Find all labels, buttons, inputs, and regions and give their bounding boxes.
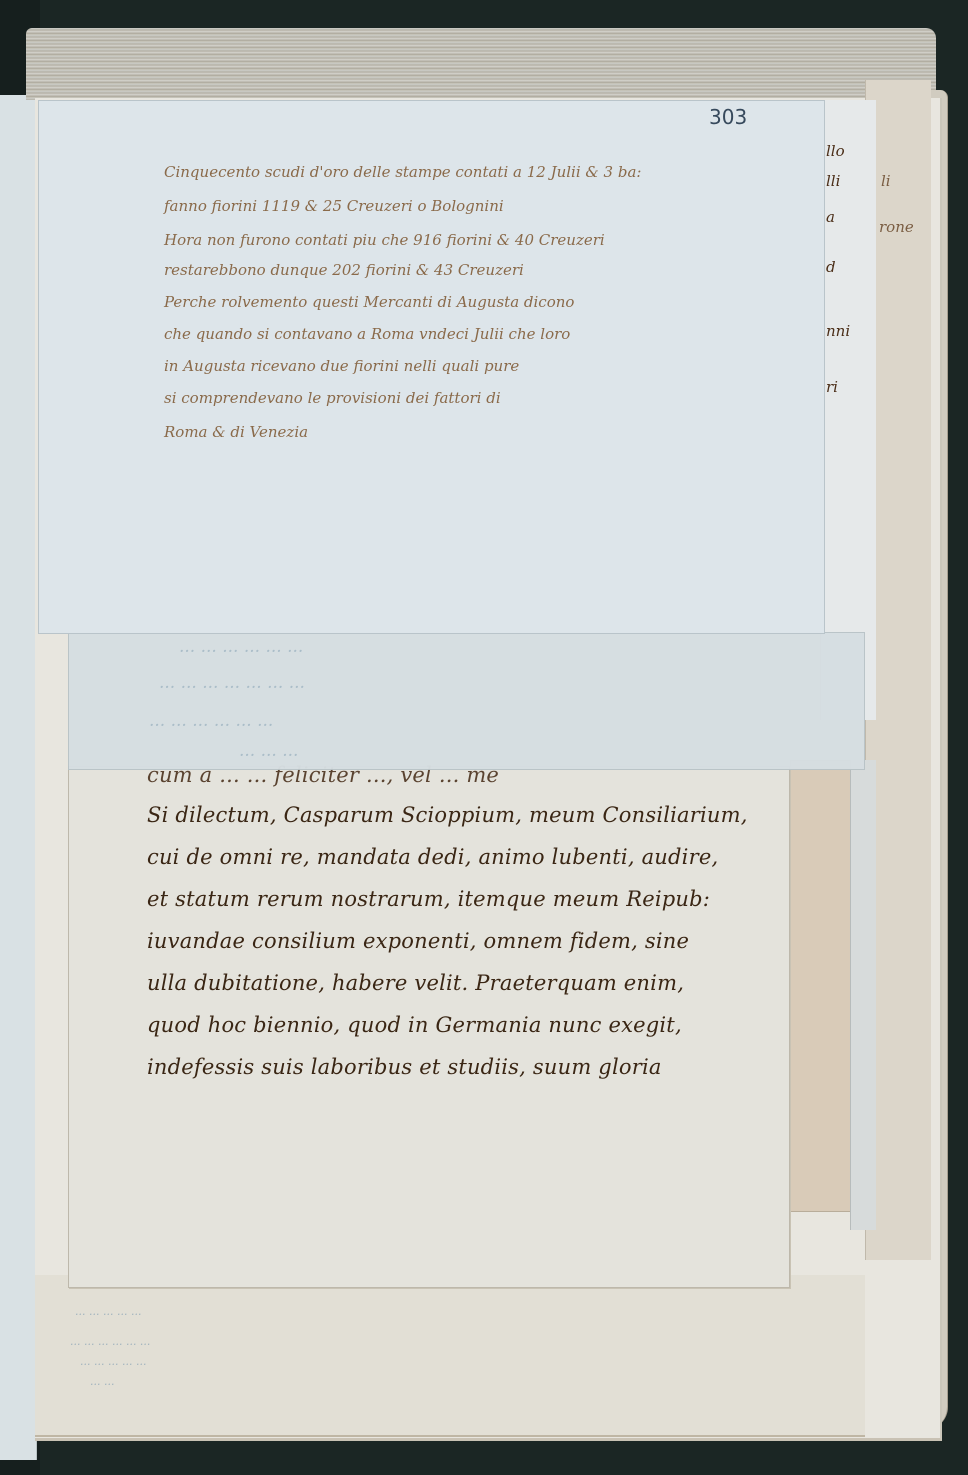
bleed-through-text: ... ... ... ... ... ...	[179, 637, 303, 657]
page-stack-edges	[26, 28, 936, 100]
bleed-through-text: ... ... ... ... ... ...	[149, 711, 273, 731]
margin-fragment: ri	[826, 378, 838, 396]
note-line: in Augusta ricevano due fiorini nelli qu…	[164, 357, 519, 375]
bottom-page: ... ... ... ... ... ... ... ... ... ... …	[35, 1275, 865, 1437]
margin-fragment: d	[826, 258, 836, 276]
faded-pencil-note: ... ...	[90, 1375, 114, 1388]
faded-pencil-note: ... ... ... ... ...	[75, 1305, 141, 1318]
letter-line: quod hoc biennio, quod in Germania nunc …	[147, 1013, 682, 1037]
faded-pencil-note: ... ... ... ... ... ...	[70, 1335, 150, 1348]
margin-fragment: a	[826, 208, 835, 226]
letter-line: ulla dubitatione, habere velit. Praeterq…	[147, 971, 684, 995]
letter-line: cui de omni re, mandata dedi, animo lube…	[147, 845, 718, 869]
folded-blue-sheet: ... ... ... ... ... ... ... ... ... ... …	[68, 632, 865, 770]
right-annotated-strip: llo lli li a rone d nni ri	[820, 100, 876, 720]
bleed-through-text: ... ... ...	[239, 741, 298, 761]
note-line: Perche rolvemento questi Mercanti di Aug…	[164, 293, 574, 311]
note-line: Roma & di Venezia	[164, 423, 308, 441]
top-accounting-note: 303 Cinquecento scudi d'oro delle stampe…	[38, 100, 825, 634]
letter-line: indefessis suis laboribus et studiis, su…	[147, 1055, 662, 1079]
margin-fragment: lli	[826, 172, 840, 190]
letter-line: et statum rerum nostrarum, itemque meum …	[147, 887, 710, 911]
note-line: fanno fiorini 1119 & 25 Creuzeri o Bolog…	[164, 197, 504, 215]
margin-fragment: nni	[826, 322, 850, 340]
bleed-through-text: ... ... ... ... ... ... ...	[159, 673, 305, 693]
margin-fragment: llo	[826, 142, 845, 160]
note-line: Cinquecento scudi d'oro delle stampe con…	[164, 163, 641, 181]
note-line: si comprendevano le provisioni dei fatto…	[164, 389, 501, 407]
note-line: restarebbono dunque 202 fiorini & 43 Cre…	[164, 261, 524, 279]
latin-letter-sheet: cum a ... ... feliciter ..., vel ... me …	[68, 766, 790, 1288]
margin-fragment: li	[881, 172, 891, 190]
faded-pencil-note: ... ... ... ... ...	[80, 1355, 146, 1368]
note-line: Hora non furono contati piu che 916 fior…	[164, 231, 605, 249]
letter-line: iuvandae consilium exponenti, omnem fide…	[147, 929, 689, 953]
folio-number: 303	[709, 105, 747, 129]
left-page-edge	[0, 95, 37, 1460]
note-line: che quando si contavano a Roma vndeci Ju…	[164, 325, 570, 343]
letter-line: Si dilectum, Casparum Scioppium, meum Co…	[147, 803, 748, 827]
margin-fragment: rone	[879, 218, 914, 236]
grey-paper-slip	[850, 760, 876, 1230]
